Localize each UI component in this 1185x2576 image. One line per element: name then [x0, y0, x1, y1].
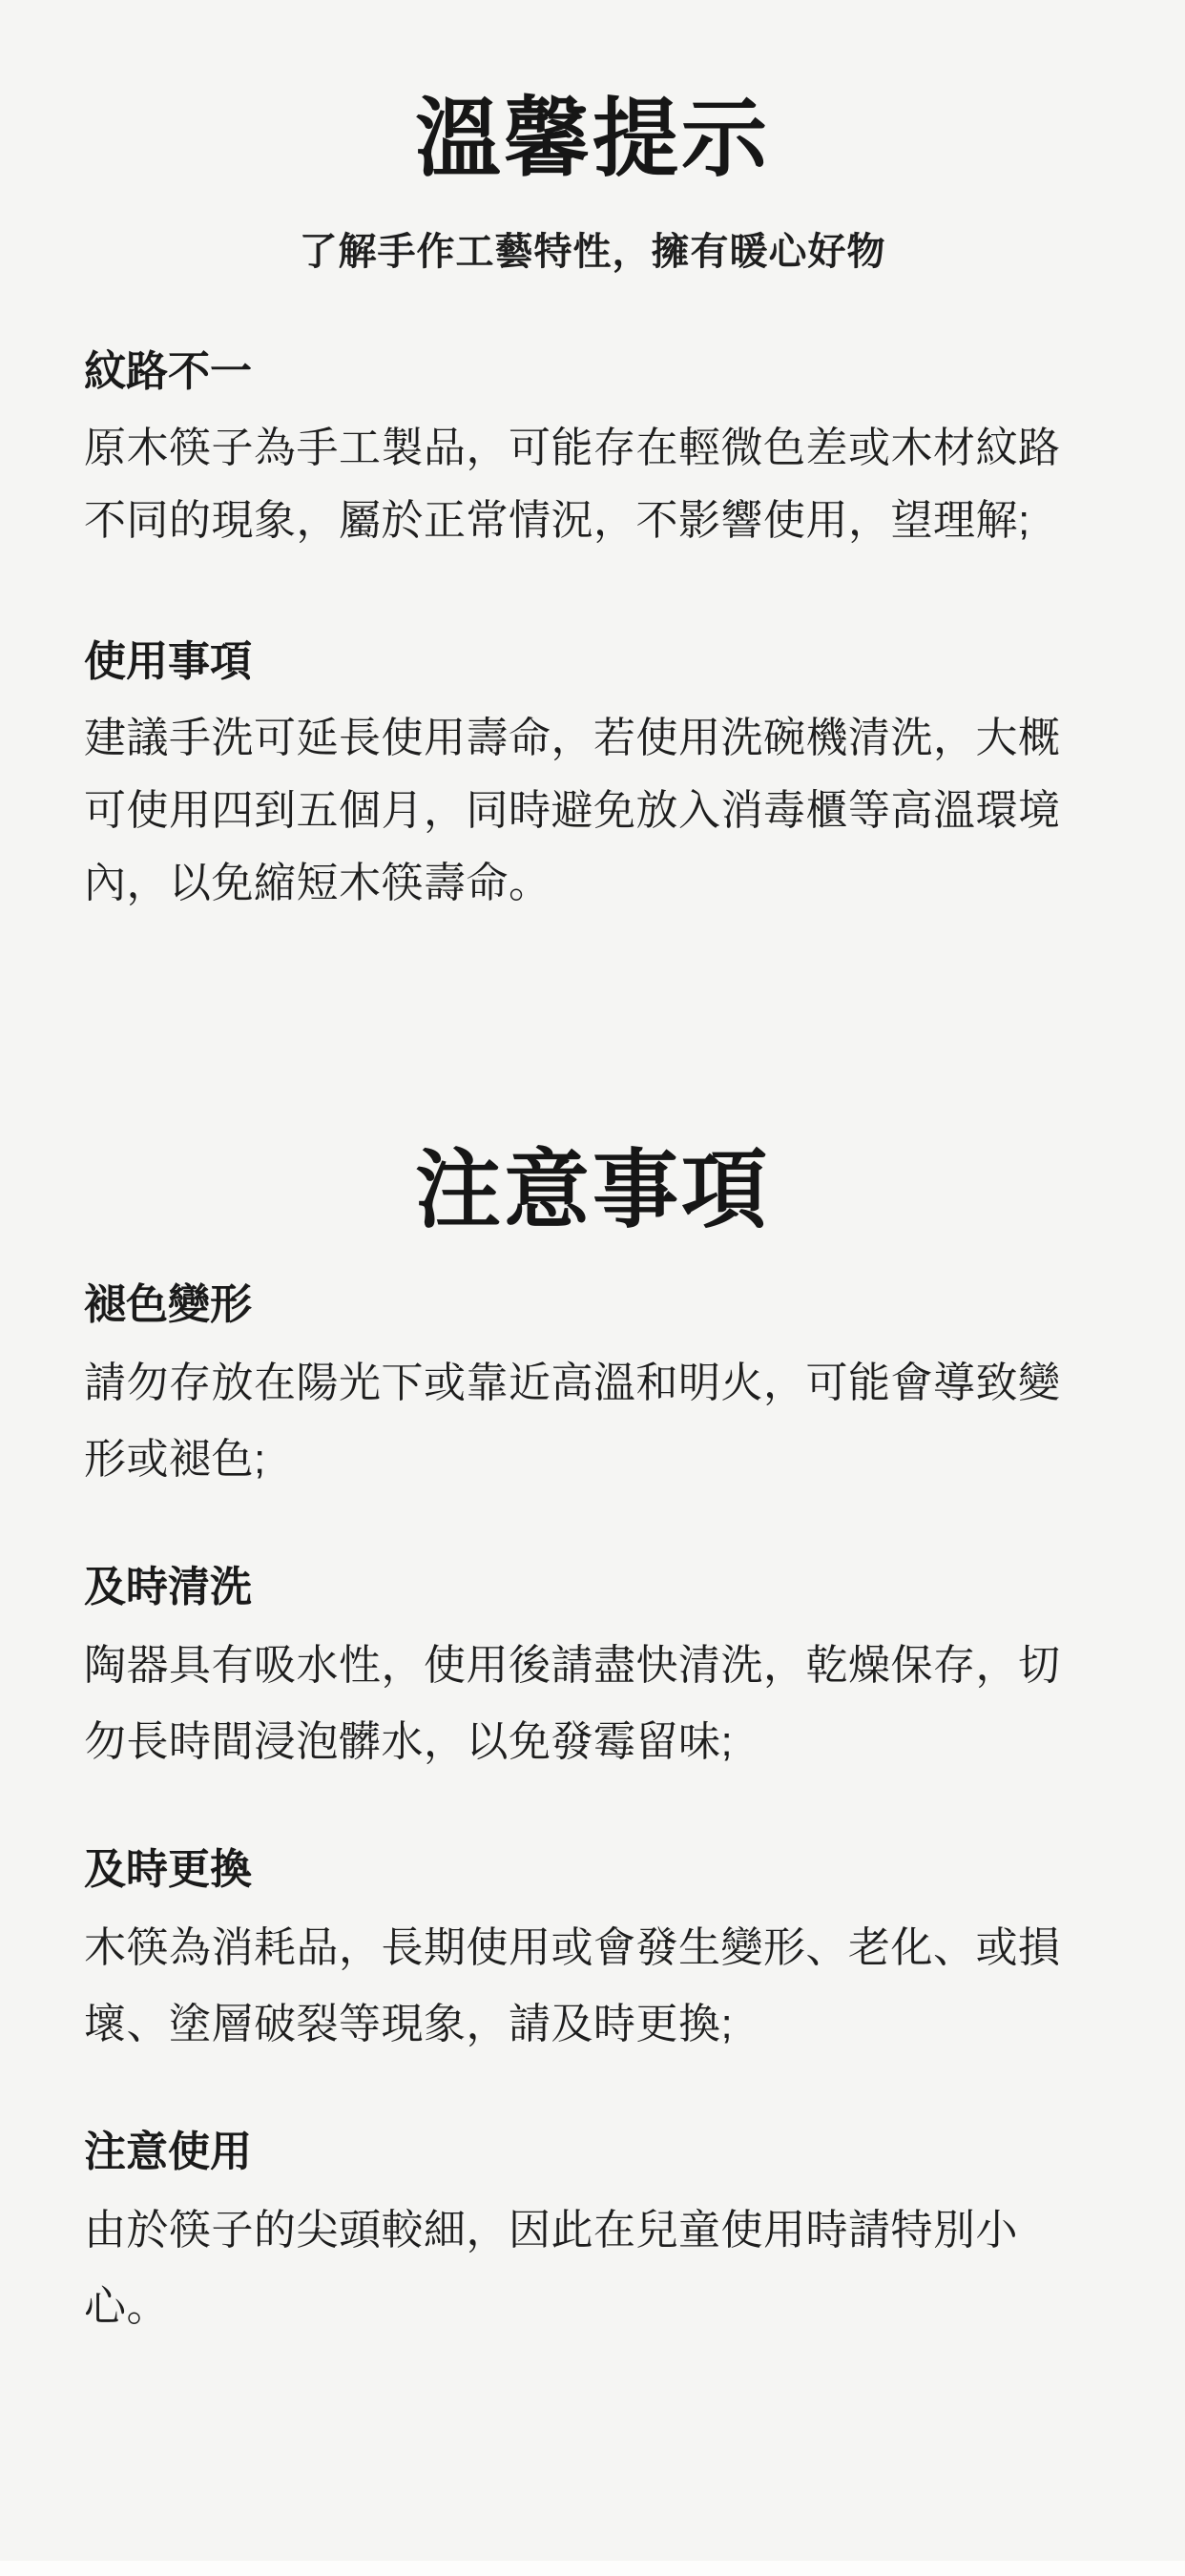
precautions-section: 注意事項 褪色變形 請勿存放在陽光下或靠近高溫和明火，可能會導致變形或褪色; 及… — [0, 1139, 1185, 2345]
precaution-item-body: 請勿存放在陽光下或靠近高溫和明火，可能會導致變形或褪色; — [84, 1345, 1101, 1498]
care-item-body: 建議手洗可延長使用壽命，若使用洗碗機清洗，大概可使用四到五個月，同時避免放入消毒… — [84, 702, 1101, 920]
precaution-item-heading: 及時更換 — [84, 1841, 1101, 1899]
precaution-item-replacement: 及時更換 木筷為消耗品，長期使用或會發生變形、老化、或損壞、塗層破裂等現象，請及… — [84, 1841, 1101, 2063]
precaution-item-body: 陶器具有吸水性，使用後請盡快清洗，乾燥保存，切勿長時間浸泡髒水，以免發霉留味; — [84, 1628, 1101, 1780]
precaution-item-heading: 及時清洗 — [84, 1559, 1101, 1616]
warm-tips-items: 紋路不一 原木筷子為手工製品，可能存在輕微色差或木材紋路不同的現象，屬於正常情況… — [0, 343, 1185, 920]
precaution-item-cleaning: 及時清洗 陶器具有吸水性，使用後請盡快清洗，乾燥保存，切勿長時間浸泡髒水，以免發… — [84, 1559, 1101, 1780]
care-item-body: 原木筷子為手工製品，可能存在輕微色差或木材紋路不同的現象，屬於正常情況，不影響使… — [84, 412, 1101, 557]
precaution-item-heading: 褪色變形 — [84, 1277, 1101, 1334]
bottom-strip — [0, 2561, 1185, 2576]
precaution-item-caution: 注意使用 由於筷子的尖頭較細，因此在兒童使用時請特別小心。 — [84, 2124, 1101, 2345]
care-item-heading: 使用事項 — [84, 634, 1101, 691]
precaution-item-fading: 褪色變形 請勿存放在陽光下或靠近高溫和明火，可能會導致變形或褪色; — [84, 1277, 1101, 1498]
precautions-items: 褪色變形 請勿存放在陽光下或靠近高溫和明火，可能會導致變形或褪色; 及時清洗 陶… — [0, 1277, 1185, 2345]
warm-tips-section: 溫馨提示 了解手作工藝特性，擁有暖心好物 紋路不一 原木筷子為手工製品，可能存在… — [0, 88, 1185, 920]
precaution-item-heading: 注意使用 — [84, 2124, 1101, 2181]
precaution-item-body: 由於筷子的尖頭較細，因此在兒童使用時請特別小心。 — [84, 2192, 1101, 2345]
precautions-title: 注意事項 — [0, 1139, 1185, 1242]
warm-tips-title: 溫馨提示 — [0, 88, 1185, 191]
care-item-grain: 紋路不一 原木筷子為手工製品，可能存在輕微色差或木材紋路不同的現象，屬於正常情況… — [84, 343, 1101, 557]
precaution-item-body: 木筷為消耗品，長期使用或會發生變形、老化、或損壞、塗層破裂等現象，請及時更換; — [84, 1910, 1101, 2063]
warm-tips-subtitle: 了解手作工藝特性，擁有暖心好物 — [0, 229, 1185, 275]
care-item-heading: 紋路不一 — [84, 343, 1101, 401]
product-care-page: 溫馨提示 了解手作工藝特性，擁有暖心好物 紋路不一 原木筷子為手工製品，可能存在… — [0, 0, 1185, 2576]
care-item-usage: 使用事項 建議手洗可延長使用壽命，若使用洗碗機清洗，大概可使用四到五個月，同時避… — [84, 634, 1101, 920]
